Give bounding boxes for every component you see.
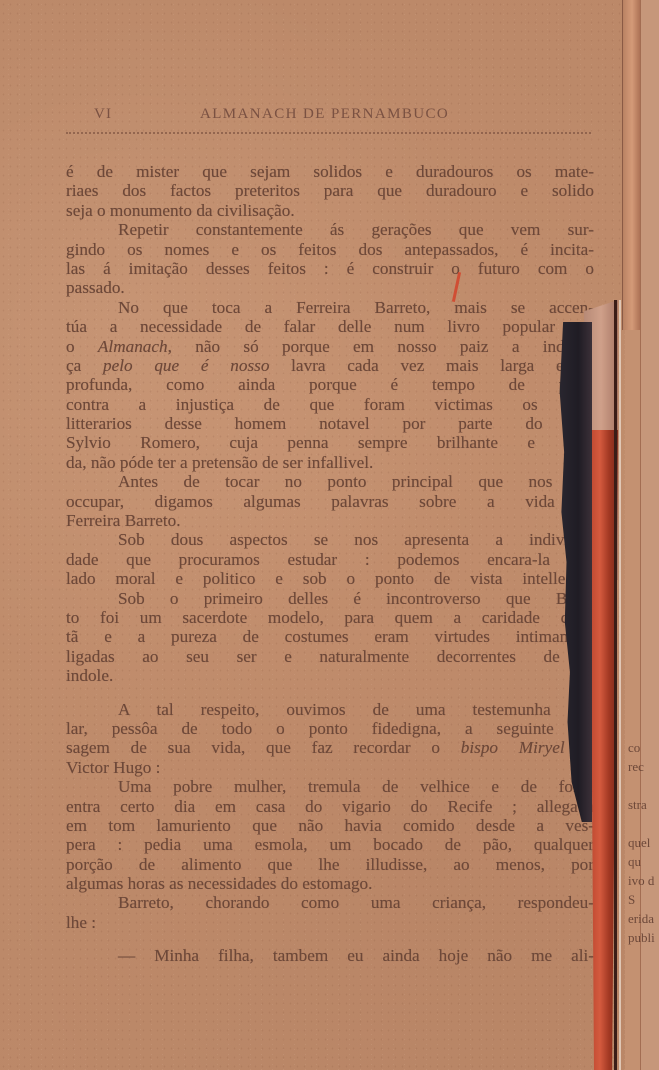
margin-fragment: qu (628, 852, 659, 871)
body-text: é de mister que sejam solidos e duradour… (66, 162, 594, 966)
text-line: occupar, digamos algumas palavras sobre … (66, 492, 594, 511)
spine-crease-light (619, 300, 621, 1070)
running-header: VI ALMANACH DE PERNAMBUCO (60, 106, 620, 128)
text-line: da, não póde ter a pretensão de ser infa… (66, 453, 594, 472)
text-line: em tom lamuriento que não havia comido d… (66, 816, 594, 835)
text-line: lado moral e politico e sob o ponto de v… (66, 569, 594, 588)
page-number: VI (94, 106, 112, 123)
text-line: Sylvio Romero, cuja penna sempre brilhan… (66, 433, 594, 452)
text-line: algumas horas as necessidades do estomag… (66, 874, 594, 893)
margin-fragment: co (628, 738, 659, 757)
text-line: Sob o primeiro delles é incontroverso qu… (66, 589, 594, 608)
paragraph-gap (66, 686, 594, 700)
text-line: passado. (66, 278, 594, 297)
margin-fragment: erida (628, 909, 659, 928)
text-line: contra a injustiça de que foram victimas… (66, 395, 594, 414)
text-line: Repetir constantemente ás gerações que v… (66, 220, 594, 239)
text-line: dade que procuramos estudar : podemos en… (66, 550, 594, 569)
text-line: ligadas ao seu ser e naturalmente decorr… (66, 647, 594, 666)
text-line: seja o monumento da civilisação. (66, 201, 594, 220)
text-line: gindo os nomes e os feitos dos antepassa… (66, 240, 594, 259)
italic-span: Almanach (98, 337, 168, 356)
spine-edge (622, 0, 641, 330)
text-span: lavra cada vez mais larga e p (269, 356, 594, 375)
margin-fragment: S (628, 890, 659, 909)
text-span: , não só porque em nosso paiz a indiffer (168, 337, 594, 356)
italic-span: pelo que é nosso (103, 356, 269, 375)
text-line: tã e a pureza de costumes eram virtudes … (66, 627, 594, 646)
text-line: Barreto, chorando como uma criança, resp… (66, 893, 594, 912)
text-line: é de mister que sejam solidos e duradour… (66, 162, 594, 181)
text-line: sagem de sua vida, que faz recordar o bi… (66, 738, 594, 757)
adjacent-page-text-fragments: corec stra quelquivo dSeridapubli (628, 738, 659, 947)
margin-fragment: stra (628, 795, 659, 814)
text-line: lhe : (66, 913, 594, 932)
header-rule (66, 132, 591, 134)
margin-fragment: quel (628, 833, 659, 852)
text-line: lar, pessôa de todo o ponto fidedigna, a… (66, 719, 594, 738)
scanned-page: VI ALMANACH DE PERNAMBUCO é de mister qu… (0, 0, 625, 1070)
text-line: pera : pedia uma esmola, um bocado de pã… (66, 835, 594, 854)
text-line: ça pelo que é nosso lavra cada vez mais … (66, 356, 594, 375)
text-line: túa a necessidade de falar delle num liv… (66, 317, 594, 336)
text-span: sagem de sua vida, que faz recordar o (66, 738, 461, 757)
text-span: o (66, 337, 98, 356)
running-title: ALMANACH DE PERNAMBUCO (200, 106, 449, 123)
text-line: — Minha filha, tambem eu ainda hoje não … (66, 946, 594, 965)
text-line: Ferreira Barreto. (66, 511, 594, 530)
text-line: indole. (66, 666, 594, 685)
text-line: Antes de tocar no ponto principal que no… (66, 472, 594, 491)
text-line: litterarios desse homem notavel por part… (66, 414, 594, 433)
margin-fragment (628, 776, 659, 795)
margin-fragment: ivo d (628, 871, 659, 890)
text-span: ça (66, 356, 103, 375)
text-line: No que toca a Ferreira Barreto, mais se … (66, 298, 594, 317)
text-line: porção de alimento que lhe illudisse, ao… (66, 855, 594, 874)
text-line: Victor Hugo : (66, 758, 594, 777)
text-line: entra certo dia em casa do vigario do Re… (66, 797, 594, 816)
margin-fragment (628, 814, 659, 833)
paragraph-gap (66, 932, 594, 946)
margin-fragment: publi (628, 928, 659, 947)
text-line: profunda, como ainda porque é tempo de p… (66, 375, 594, 394)
text-line: to foi um sacerdote modelo, para quem a … (66, 608, 594, 627)
text-line: Uma pobre mulher, tremula de velhice e d… (66, 777, 594, 796)
spine-crease-dark (614, 300, 617, 1070)
text-line: las á imitação desses feitos : é constru… (66, 259, 594, 278)
text-line: A tal respeito, ouvimos de uma testemunh… (66, 700, 594, 719)
italic-span: bispo Miryel (461, 738, 565, 757)
text-line: o Almanach, não só porque em nosso paiz … (66, 337, 594, 356)
margin-fragment: rec (628, 757, 659, 776)
text-line: Sob dous aspectos se nos apresenta a ind… (66, 530, 594, 549)
text-line: riaes dos factos preteritos para que dur… (66, 181, 594, 200)
